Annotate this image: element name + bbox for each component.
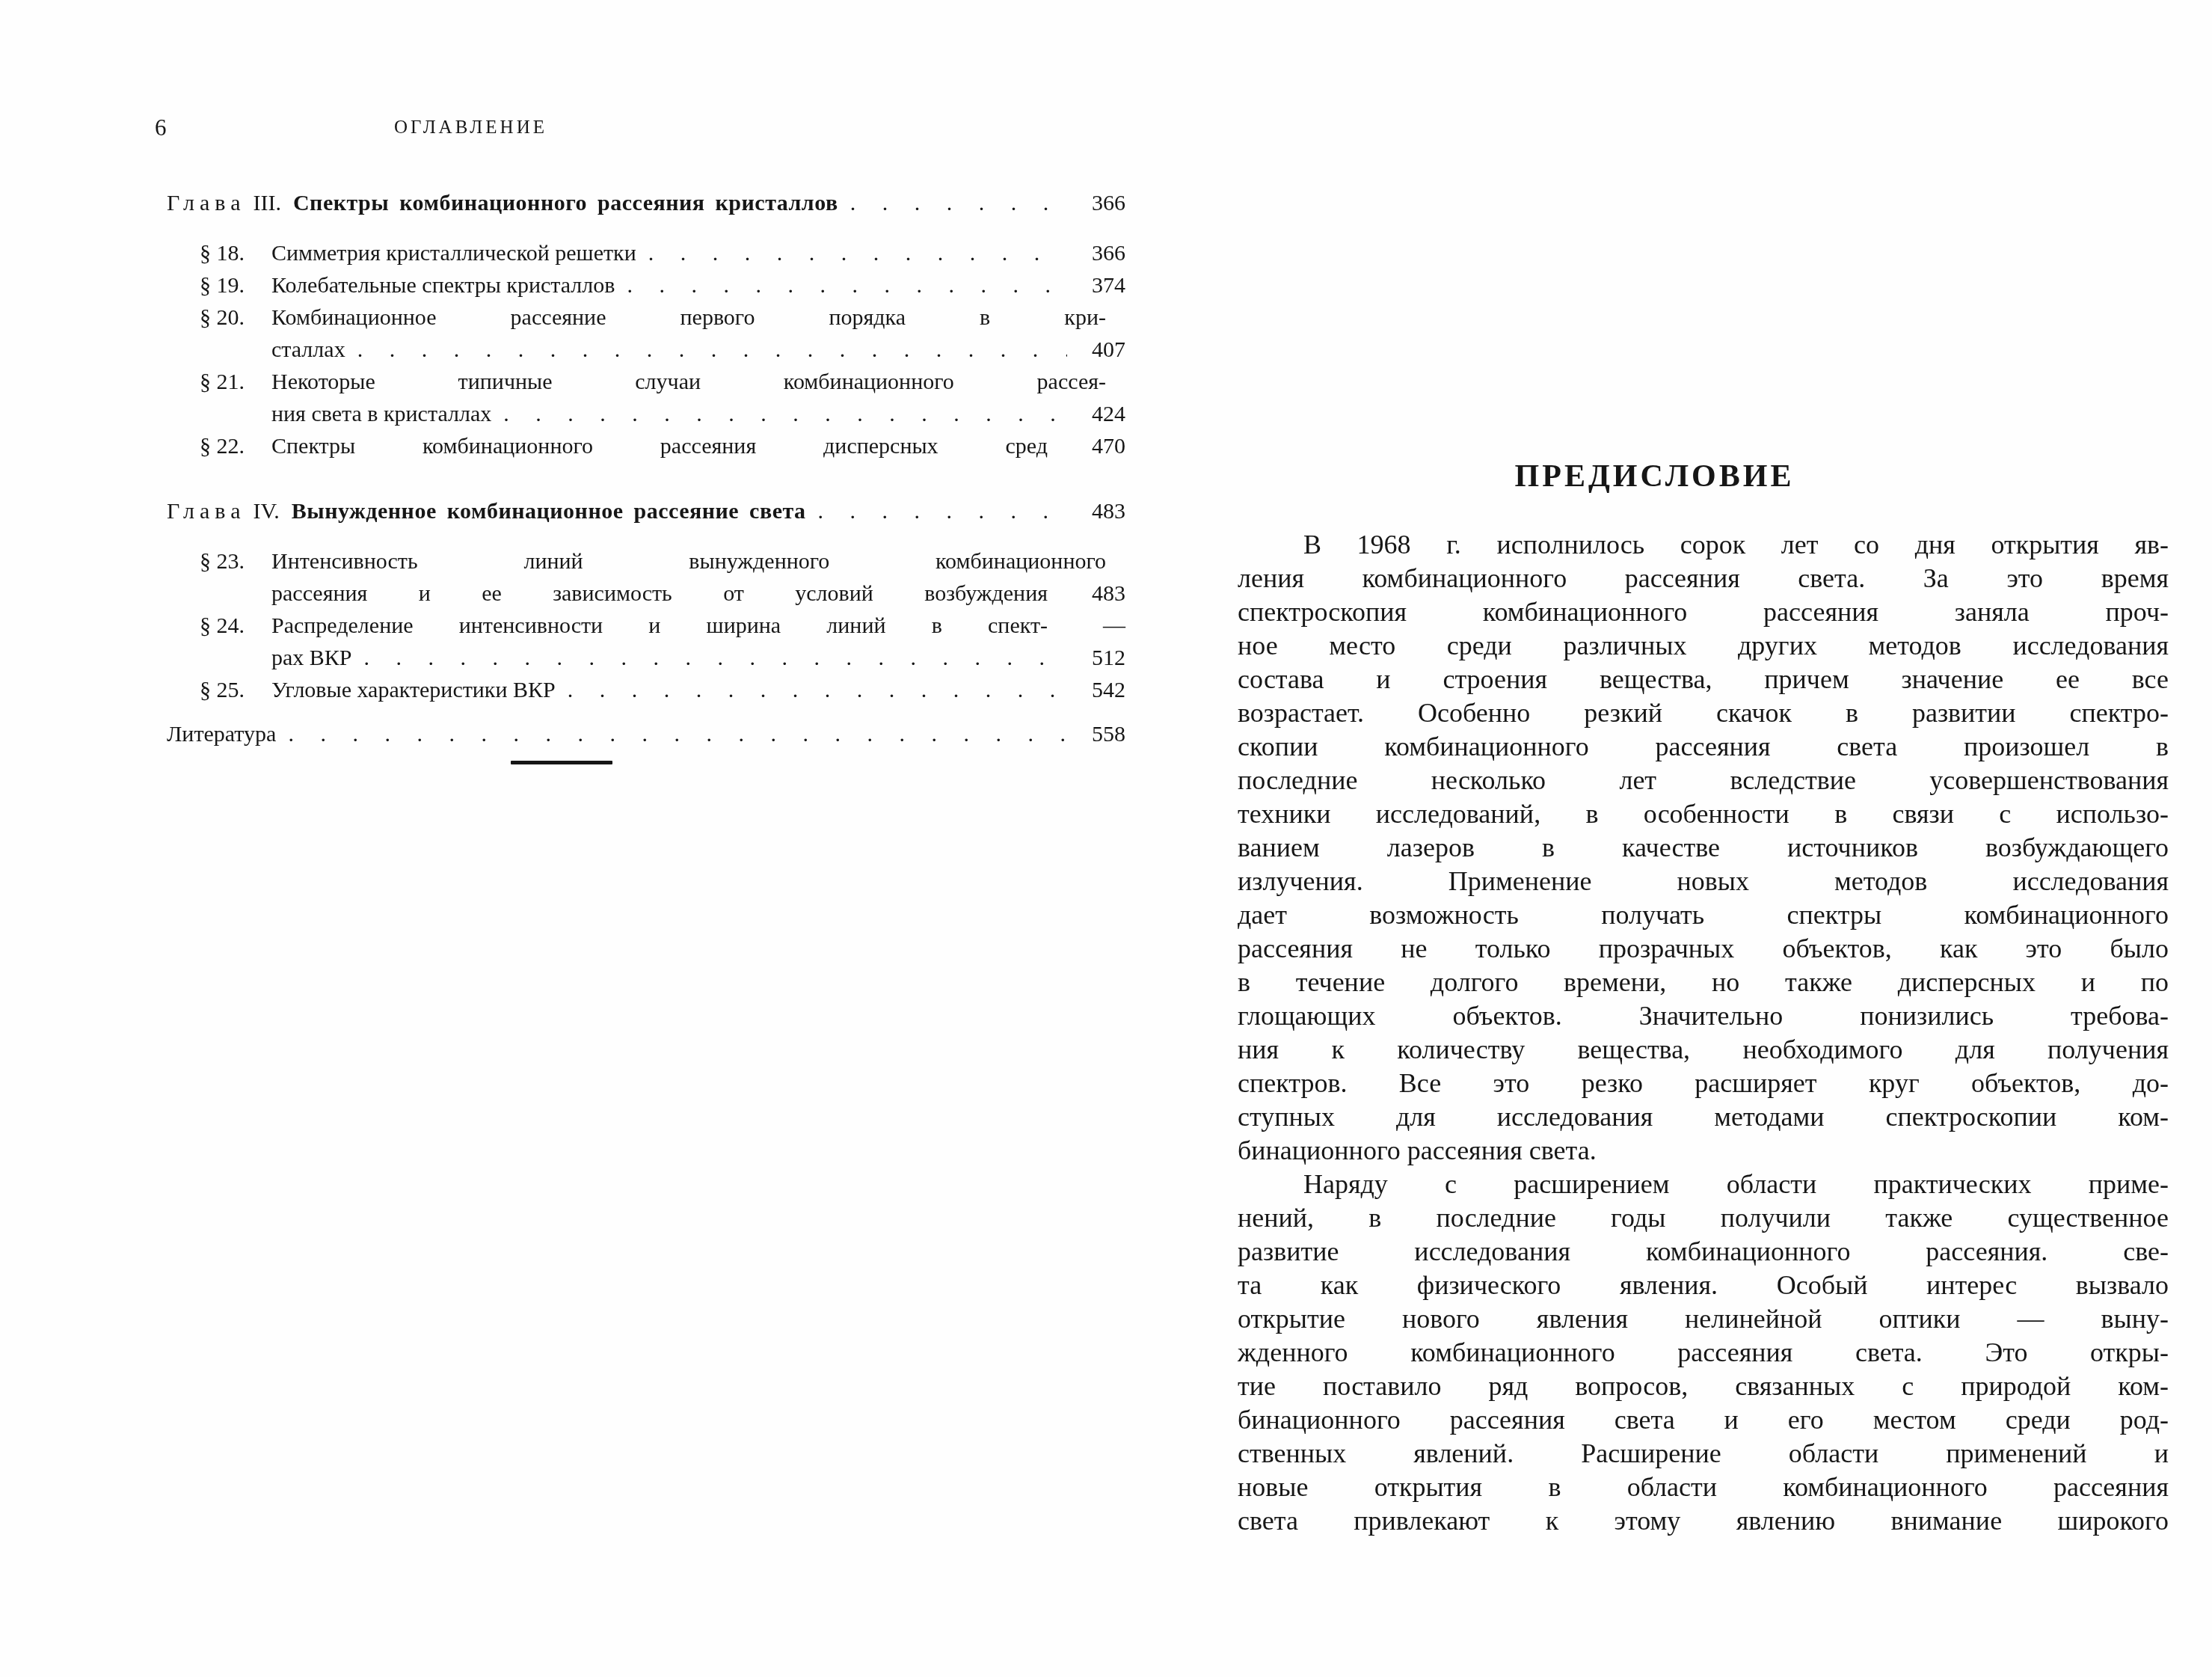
entry-page-number: 407 (1067, 334, 1125, 366)
dot-leader: . . . . . . . . . . . . . . . . . . . . … (276, 718, 1067, 750)
page-number: 6 (155, 112, 167, 144)
entry-number: § 21. (200, 366, 271, 398)
preface-line: жденного комбинационного рассеяния света… (1238, 1336, 2169, 1370)
entry-number: § 19. (200, 269, 271, 301)
dot-leader: . . . . . . . . . . . . . . . . . . . . … (556, 674, 1067, 706)
preface-line: бинационного рассеяния света. (1238, 1134, 2169, 1168)
entry-page-number: — (1067, 610, 1125, 642)
toc-entry-row: рах ВКР. . . . . . . . . . . . . . . . .… (153, 642, 1125, 674)
entry-page-number: 542 (1067, 674, 1125, 706)
entry-number: § 25. (200, 674, 271, 706)
entry-text: ния света в кристаллах (271, 398, 491, 430)
dot-leader: . . . . . . . . . . . . . . . . . . . . … (615, 269, 1067, 301)
entry-page-number: 424 (1067, 398, 1125, 430)
preface-line: В 1968 г. исполнилось сорок лет со дня о… (1238, 528, 2169, 562)
preface-line: тие поставило ряд вопросов, связанных с … (1238, 1370, 2169, 1403)
entry-text: рассеяния и ее зависимость от условий во… (271, 577, 1067, 610)
preface-line: ное место среди различных других методов… (1238, 629, 2169, 663)
preface-line: новые открытия в области комбинационного… (1238, 1471, 2169, 1504)
preface-line: света привлекают к этому явлению внимани… (1238, 1504, 2169, 1538)
chapter-block: ГлаваIII.Спектры комбинационного рассеян… (153, 187, 1125, 462)
toc-entry-row: рассеяния и ее зависимость от условий во… (153, 577, 1125, 610)
entry-page-number: 470 (1067, 430, 1125, 462)
literatura-row: Литература . . . . . . . . . . . . . . .… (153, 718, 1125, 750)
preface-paragraphs: В 1968 г. исполнилось сорок лет со дня о… (1238, 528, 2169, 1538)
toc-page-header: 6 ОГЛАВЛЕНИЕ (153, 112, 1125, 144)
preface-line: техники исследований, в особенности в св… (1238, 797, 2169, 831)
chapter-prefix: Глава (167, 187, 245, 219)
entry-text: Угловые характеристики ВКР (271, 674, 556, 706)
preface-line: в течение долгого времени, но также дисп… (1238, 966, 2169, 999)
chapter-page-number: 483 (1067, 495, 1125, 527)
toc-entry-row: § 19.Колебательные спектры кристаллов. .… (153, 269, 1125, 301)
toc-entry-row: § 20.Комбинационное рассеяние первого по… (153, 301, 1125, 334)
preface-line: нений, в последние годы получили также с… (1238, 1201, 2169, 1235)
toc-entry-row: § 21.Некоторые типичные случаи комбинаци… (153, 366, 1125, 398)
literatura-label: Литература (167, 718, 276, 750)
entry-text: Интенсивность линий вынужденного комбина… (271, 545, 1125, 577)
dot-leader: . . . . . . . . . . . . . . . . . . . . … (352, 642, 1067, 674)
chapter-title: Спектры комбинационного рассеяния криста… (293, 187, 838, 219)
toc-entry-row: § 22.Спектры комбинационного рассеяния д… (153, 430, 1125, 462)
toc-chapters: ГлаваIII.Спектры комбинационного рассеян… (153, 187, 1125, 706)
section-divider-rule (511, 761, 612, 764)
preface-line: ственных явлений. Расширение области при… (1238, 1437, 2169, 1471)
preface-line: ления комбинационного рассеяния света. З… (1238, 562, 2169, 595)
chapter-entries: § 23.Интенсивность линий вынужденного ко… (153, 545, 1125, 706)
toc-title: ОГЛАВЛЕНИЕ (394, 112, 547, 144)
entry-number: § 18. (200, 237, 271, 269)
dot-leader: . . . . . . . . . . . . . . . . . . . . … (838, 187, 1067, 219)
toc-entry-row: § 18.Симметрия кристаллической решетки. … (153, 237, 1125, 269)
toc-entry-row: § 25.Угловые характеристики ВКР. . . . .… (153, 674, 1125, 706)
toc: ГлаваIII.Спектры комбинационного рассеян… (153, 187, 1125, 764)
entry-number: § 24. (200, 610, 271, 642)
preface-line: спектроскопия комбинационного рассеяния … (1238, 595, 2169, 629)
preface-line: глощающих объектов. Значительно понизили… (1238, 999, 2169, 1033)
toc-entry-row: § 23.Интенсивность линий вынужденного ко… (153, 545, 1125, 577)
preface-line: дает возможность получать спектры комбин… (1238, 898, 2169, 932)
entry-text: рах ВКР (271, 642, 352, 674)
preface-line: ступных для исследования методами спектр… (1238, 1100, 2169, 1134)
preface-line: ванием лазеров в качестве источников воз… (1238, 831, 2169, 865)
entry-page-number: 374 (1067, 269, 1125, 301)
preface-title: ПРЕДИСЛОВИЕ (1238, 458, 2071, 495)
chapter-page-number: 366 (1067, 187, 1125, 219)
chapter-prefix: Глава (167, 495, 245, 527)
dot-leader: . . . . . . . . . . . . . . . . . . . . … (491, 398, 1067, 430)
entry-page-number: 512 (1067, 642, 1125, 674)
chapter-heading-row: ГлаваIV.Вынужденное комбинационное рассе… (153, 495, 1125, 527)
chapter-numeral: III. (253, 187, 280, 219)
preface-line: излучения. Применение новых методов иссл… (1238, 865, 2169, 898)
entry-text: Комбинационное рассеяние первого порядка… (271, 301, 1125, 334)
literatura-page-number: 558 (1067, 718, 1125, 750)
preface-line: рассеяния не только прозрачных объектов,… (1238, 932, 2169, 966)
entry-text: Спектры комбинационного рассеяния диспер… (271, 430, 1067, 462)
preface-line: та как физического явления. Особый интер… (1238, 1269, 2169, 1302)
toc-entry-row: § 24.Распределение интенсивности и ширин… (153, 610, 1125, 642)
entry-text: Некоторые типичные случаи комбинационног… (271, 366, 1125, 398)
preface-line: возрастает. Особенно резкий скачок в раз… (1238, 696, 2169, 730)
preface-line: скопии комбинационного рассеяния света п… (1238, 730, 2169, 764)
chapter-block: ГлаваIV.Вынужденное комбинационное рассе… (153, 495, 1125, 706)
entry-number: § 22. (200, 430, 271, 462)
entry-page-number: 483 (1067, 577, 1125, 610)
chapter-heading-row: ГлаваIII.Спектры комбинационного рассеян… (153, 187, 1125, 219)
preface-line: Наряду с расширением области практически… (1238, 1168, 2169, 1201)
entry-text: сталлах (271, 334, 345, 366)
preface-line: бинационного рассеяния света и его место… (1238, 1403, 2169, 1437)
entry-page-number: 366 (1067, 237, 1125, 269)
chapter-numeral: IV. (253, 495, 279, 527)
preface-page: ПРЕДИСЛОВИЕ В 1968 г. исполнилось сорок … (1238, 458, 2169, 1538)
preface-line: открытие нового явления нелинейной оптик… (1238, 1302, 2169, 1336)
book-spread: { "left_page": { "page_number": "6", "he… (0, 0, 2212, 1677)
chapter-entries: § 18.Симметрия кристаллической решетки. … (153, 237, 1125, 462)
preface-line: ния к количеству вещества, необходимого … (1238, 1033, 2169, 1067)
preface-line: последние несколько лет вследствие усове… (1238, 764, 2169, 797)
toc-entry-row: сталлах. . . . . . . . . . . . . . . . .… (153, 334, 1125, 366)
entry-text: Распределение интенсивности и ширина лин… (271, 610, 1067, 642)
entry-text: Колебательные спектры кристаллов (271, 269, 615, 301)
entry-number: § 23. (200, 545, 271, 577)
preface-line: состава и строения вещества, причем знач… (1238, 663, 2169, 696)
entry-number: § 20. (200, 301, 271, 334)
entry-text: Симметрия кристаллической решетки (271, 237, 636, 269)
toc-entry-row: ния света в кристаллах. . . . . . . . . … (153, 398, 1125, 430)
dot-leader: . . . . . . . . . . . . . . . . . . . . … (806, 495, 1067, 527)
toc-page: 6 ОГЛАВЛЕНИЕ ГлаваIII.Спектры комбинацио… (153, 112, 1125, 764)
dot-leader: . . . . . . . . . . . . . . . . . . . . … (636, 237, 1067, 269)
dot-leader: . . . . . . . . . . . . . . . . . . . . … (345, 334, 1067, 366)
chapter-title: Вынужденное комбинационное рассеяние све… (292, 495, 806, 527)
preface-line: развитие исследования комбинационного ра… (1238, 1235, 2169, 1269)
preface-line: спектров. Все это резко расширяет круг о… (1238, 1067, 2169, 1100)
